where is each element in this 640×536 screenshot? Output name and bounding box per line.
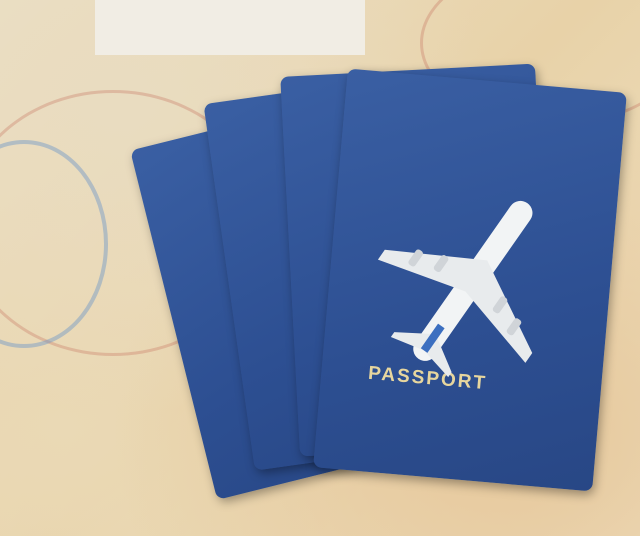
airplane-model-icon — [370, 185, 570, 385]
paper-corner — [95, 0, 365, 55]
